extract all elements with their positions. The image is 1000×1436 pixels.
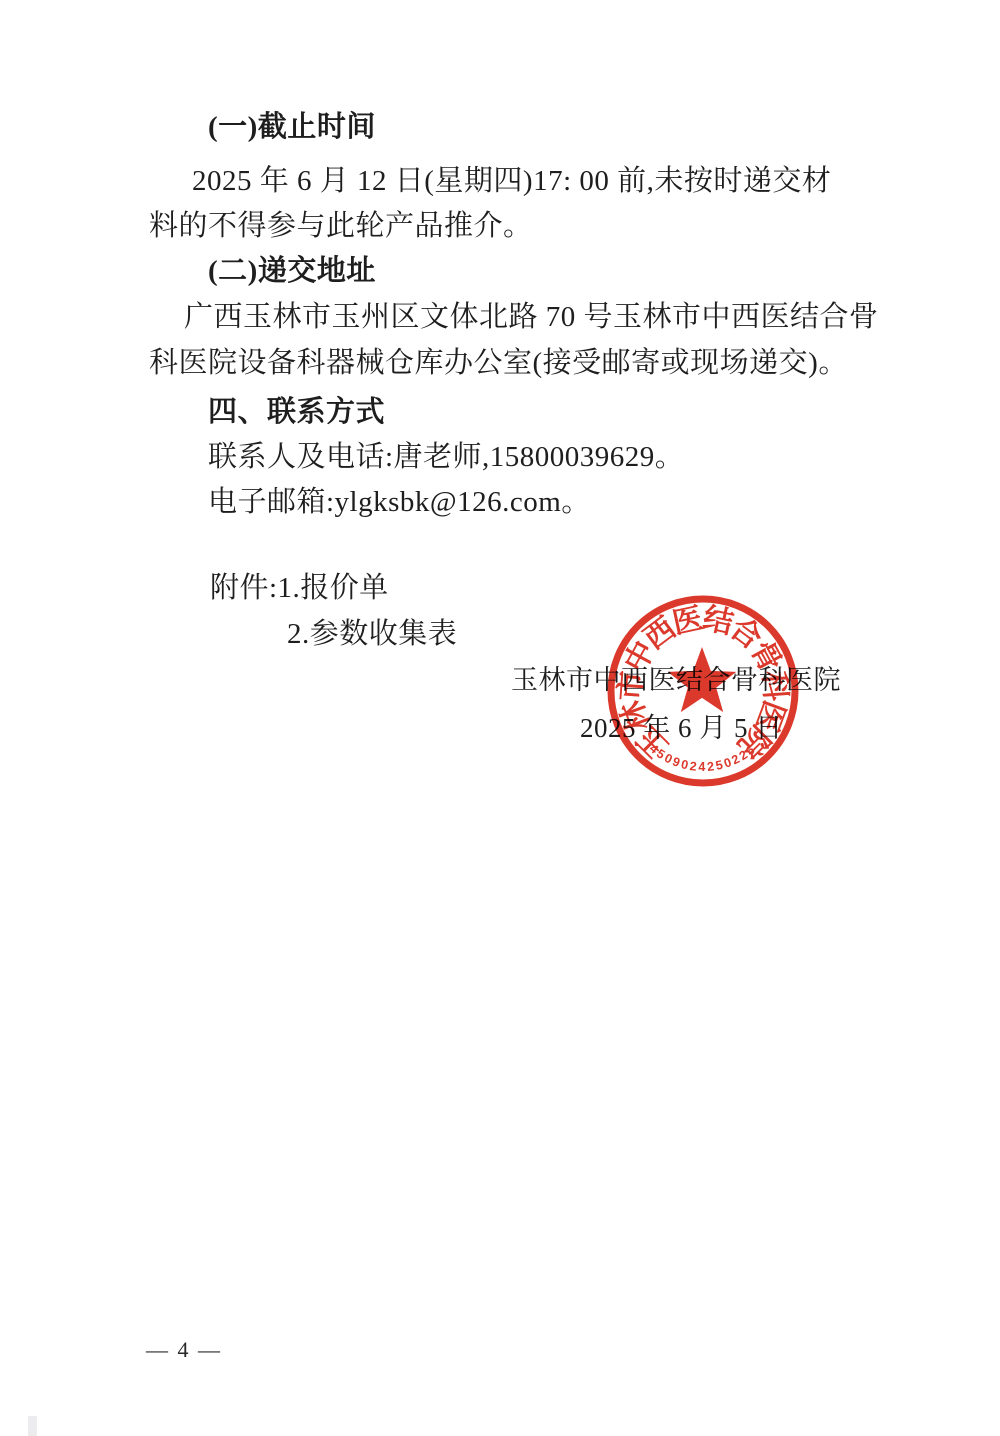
scan-artifact [28,1416,37,1436]
address-paragraph-line1: 广西玉林市玉州区文体北路 70 号玉林市中西医结合骨 [184,300,879,334]
document-page: (一)截止时间 2025 年 6 月 12 日(星期四)17: 00 前,未按时… [0,0,1000,1436]
heading-contact: 四、联系方式 [208,395,385,429]
deadline-paragraph-line1: 2025 年 6 月 12 日(星期四)17: 00 前,未按时递交材 [192,164,831,198]
email-line: 电子邮箱:ylgksbk@126.com。 [208,485,591,519]
attachment-line-1: 附件:1.报价单 [210,571,389,605]
official-seal-stamp: 玉林市中西医结合骨科医院 4509024250226 [603,591,803,791]
attachment-line-2: 2.参数收集表 [287,617,457,651]
address-paragraph-line2: 科医院设备科器械仓库办公室(接受邮寄或现场递交)。 [149,346,848,380]
star-icon [668,647,736,712]
heading-address: (二)递交地址 [208,254,376,288]
deadline-paragraph-line2: 料的不得参与此轮产品推介。 [149,209,533,243]
heading-deadline: (一)截止时间 [208,110,376,144]
stamp-arc-char: 医 [670,602,706,641]
page-number: — 4 — [146,1337,222,1363]
contact-line: 联系人及电话:唐老师,15800039629。 [208,440,684,474]
